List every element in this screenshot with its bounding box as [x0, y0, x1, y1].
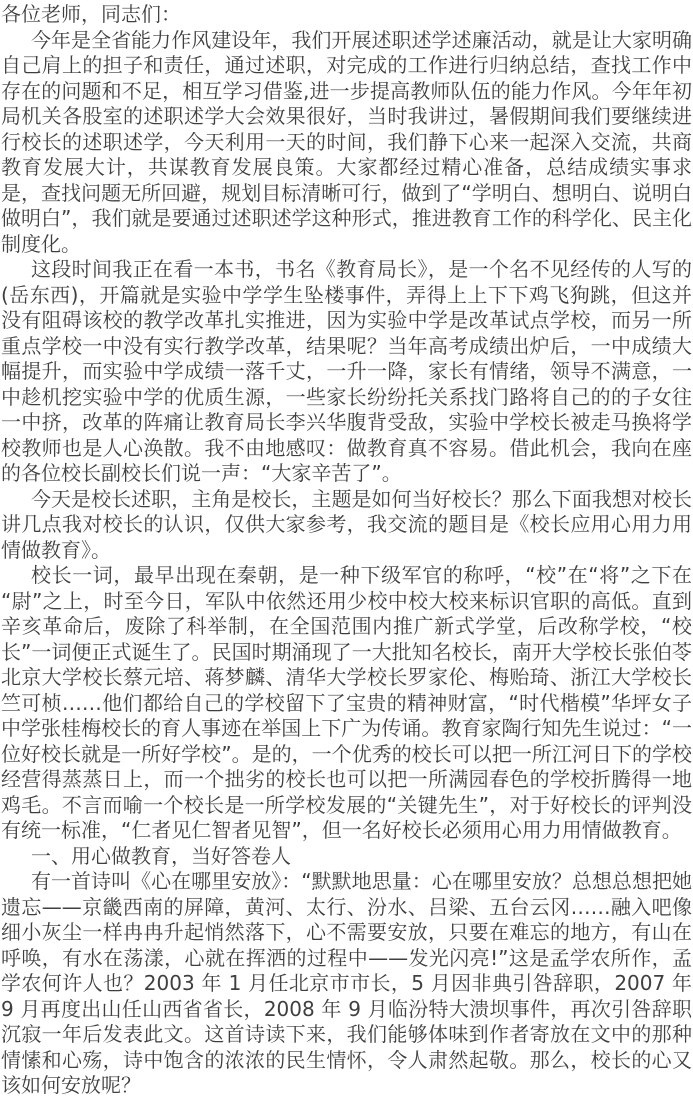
document-paragraph: 今年是全省能力作风建设年，我们开展述职述学述廉活动，就是让大家明确自己肩上的担子… [1, 28, 692, 258]
document-paragraph: 这段时间我正在看一本书，书名《教育局长》，是一个名不见经传的人写的(岳东西)，开… [1, 257, 692, 487]
section-heading: 一、用心做教育，当好答卷人 [1, 844, 692, 870]
document-paragraph: 今天是校长述职，主角是校长，主题是如何当好校长？那么下面我想对校长讲几点我对校长… [1, 487, 692, 564]
salutation: 各位老师，同志们： [1, 2, 692, 28]
document-paragraph: 校长一词，最早出现在秦朝，是一种下级军官的称呼，“校”在“将”之下在“尉”之上，… [1, 563, 692, 844]
document-paragraph: 有一首诗叫《心在哪里安放》：“默默地思量：心在哪里安放？总想总想把她遗忘——京畿… [1, 869, 692, 1097]
document-page: 各位老师，同志们： 今年是全省能力作风建设年，我们开展述职述学述廉活动，就是让大… [0, 0, 693, 1097]
